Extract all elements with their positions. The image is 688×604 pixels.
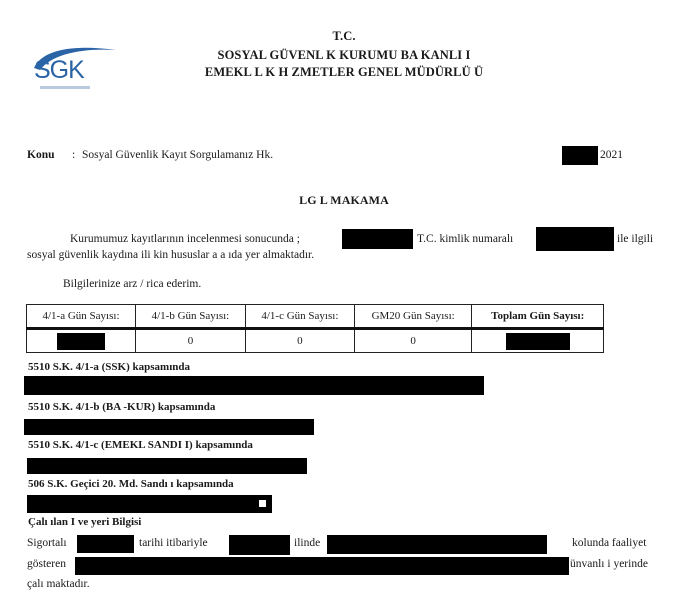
employment-w7: çalı maktadır. — [27, 578, 90, 590]
value-41a — [27, 329, 136, 353]
paragraph-start: Kurumumuz kayıtlarının incelenmesi sonuc… — [70, 233, 300, 245]
value-41c: 0 — [245, 329, 354, 353]
section-emekli-sandigi-title: 5510 S.K. 4/1-c (EMEKL SANDI I) kapsamın… — [28, 439, 253, 451]
logo-tagline — [40, 86, 90, 89]
subject-label: Konu — [27, 149, 55, 161]
name-redaction — [342, 229, 413, 249]
value-total — [472, 329, 604, 353]
table-row: 0 0 0 — [27, 329, 604, 353]
employment-w5: gösteren — [27, 558, 66, 570]
subject-separator: : — [72, 149, 75, 161]
header-directorate: EMEKL L K H ZMETLER GENEL MÜDÜRLÜ Ü — [0, 65, 688, 80]
header-41c: 4/1-c Gün Sayısı: — [245, 305, 354, 329]
value-41b: 0 — [136, 329, 246, 353]
employment-title: Çalı ılan I ve yeri Bilgisi — [28, 516, 141, 528]
header-total: Toplam Gün Sayısı: — [472, 305, 604, 329]
subject-text: Sosyal Güvenlik Kayıt Sorgulamanız Hk. — [82, 149, 273, 161]
date-year: 2021 — [600, 149, 623, 161]
value-total-redaction — [506, 333, 570, 350]
employment-w2: tarihi itibariyle — [139, 537, 208, 549]
header-41b: 4/1-b Gün Sayısı: — [136, 305, 246, 329]
header-institution: SOSYAL GÜVENL K KURUMU BA KANLI I — [0, 48, 688, 63]
addressee: LG L MAKAMA — [0, 193, 688, 208]
value-41a-redaction — [57, 333, 105, 350]
section-ssk-title: 5510 S.K. 4/1-a (SSK) kapsamında — [28, 361, 190, 373]
header-gm20: GM20 Gün Sayısı: — [354, 305, 472, 329]
day-count-table: 4/1-a Gün Sayısı: 4/1-b Gün Sayısı: 4/1-… — [26, 304, 604, 353]
date-redaction-2 — [77, 535, 134, 553]
sector-redaction — [327, 535, 547, 554]
section-ssk-redaction — [24, 376, 484, 395]
section-gecici20-title: 506 S.K. Geçici 20. Md. Sandı ı kapsamın… — [28, 478, 234, 490]
header-tc: T.C. — [0, 29, 688, 44]
value-gm20: 0 — [354, 329, 472, 353]
header-41a: 4/1-a Gün Sayısı: — [27, 305, 136, 329]
employment-w3: ilinde — [294, 537, 320, 549]
id-number-redaction — [536, 227, 614, 251]
section-emekli-sandigi-redaction — [27, 458, 307, 474]
table-header-row: 4/1-a Gün Sayısı: 4/1-b Gün Sayısı: 4/1-… — [27, 305, 604, 329]
employment-w4: kolunda faaliyet — [572, 537, 646, 549]
company-redaction — [75, 557, 569, 575]
employment-w1: Sigortalı — [27, 537, 67, 549]
paragraph-end: ile ilgili — [617, 233, 653, 245]
redaction-artifact — [259, 500, 266, 507]
province-redaction — [229, 535, 290, 555]
closing-text: Bilgilerinize arz / rica ederim. — [63, 278, 201, 290]
employment-w6: ünvanlı i yerinde — [570, 558, 648, 570]
date-redaction — [562, 146, 598, 165]
section-gecici20-redaction — [27, 495, 272, 513]
paragraph-line2: sosyal güvenlik kaydına ili kin hususlar… — [27, 249, 314, 261]
section-bagkur-redaction — [24, 419, 314, 435]
paragraph-mid: T.C. kimlik numaralı — [417, 233, 513, 245]
section-bagkur-title: 5510 S.K. 4/1-b (BA -KUR) kapsamında — [28, 401, 215, 413]
